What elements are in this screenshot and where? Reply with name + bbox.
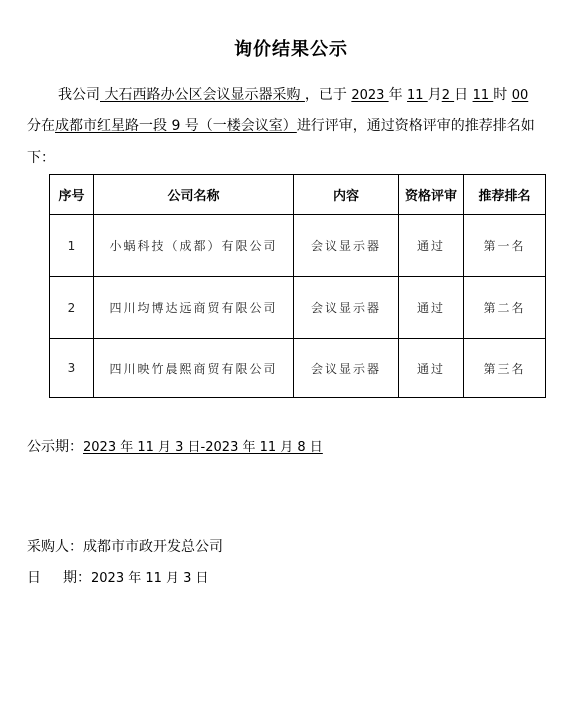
ranking-table: 序号 公司名称 内容 资格评审 推荐排名 1 小蜗科技（成都）有限公司 会议显示… (49, 174, 546, 398)
review-day: 2 (442, 88, 454, 103)
cell-content: 会议显示器 (294, 277, 399, 339)
cell-company: 四川均博达远商贸有限公司 (94, 277, 294, 339)
intro-line-1: 我公司 大石西路办公区会议显示器采购 ，已于 2023 年 11 月2 日 11… (58, 85, 528, 106)
publicity-period-label: 公示期： (27, 439, 83, 455)
cell-rank: 第三名 (464, 339, 546, 398)
header-company: 公司名称 (94, 175, 294, 215)
cell-rank: 第一名 (464, 215, 546, 277)
buyer: 采购人：成都市市政开发总公司 (27, 537, 223, 557)
date-value: 2023 年 11 月 3 日 (91, 571, 209, 586)
date-label-part2: 期： (63, 570, 91, 586)
buyer-label: 采购人： (27, 539, 83, 555)
review-location: 成都市红星路一段 9 号（一楼会议室） (55, 118, 297, 134)
header-content: 内容 (294, 175, 399, 215)
cell-rank: 第二名 (464, 277, 546, 339)
cell-content: 会议显示器 (294, 339, 399, 398)
day-unit: 日 (454, 87, 468, 103)
review-year: 2023 (351, 88, 388, 103)
project-name: 大石西路办公区会议显示器采购 (100, 87, 305, 103)
cell-index: 2 (50, 277, 94, 339)
cell-review: 通过 (399, 215, 464, 277)
cell-content: 会议显示器 (294, 215, 399, 277)
cell-company: 小蜗科技（成都）有限公司 (94, 215, 294, 277)
date: 日期：2023 年 11 月 3 日 (27, 568, 209, 589)
table-row: 1 小蜗科技（成都）有限公司 会议显示器 通过 第一名 (50, 215, 546, 277)
publicity-period: 公示期：2023 年 11 月 3 日-2023 年 11 月 8 日 (27, 437, 323, 458)
cell-review: 通过 (399, 339, 464, 398)
date-label-part1: 日 (27, 570, 41, 586)
intro-mid: ，已于 (305, 87, 347, 103)
cell-index: 1 (50, 215, 94, 277)
intro-line-2: 分在成都市红星路一段 9 号（一楼会议室）进行评审，通过资格评审的推荐排名如 (27, 116, 535, 136)
header-review: 资格评审 (399, 175, 464, 215)
document-title: 询价结果公示 (0, 35, 582, 61)
cell-review: 通过 (399, 277, 464, 339)
header-index: 序号 (50, 175, 94, 215)
cell-index: 3 (50, 339, 94, 398)
header-rank: 推荐排名 (464, 175, 546, 215)
month-unit: 月 (428, 87, 442, 103)
intro-line-3: 下： (27, 148, 55, 168)
table-row: 3 四川映竹晨熙商贸有限公司 会议显示器 通过 第三名 (50, 339, 546, 398)
intro-suffix: 进行评审，通过资格评审的推荐排名如 (297, 118, 535, 134)
minute-unit: 分在 (27, 118, 55, 134)
publicity-period-value: 2023 年 11 月 3 日-2023 年 11 月 8 日 (83, 440, 323, 455)
hour-unit: 时 (493, 87, 507, 103)
cell-company: 四川映竹晨熙商贸有限公司 (94, 339, 294, 398)
table-row: 2 四川均博达远商贸有限公司 会议显示器 通过 第二名 (50, 277, 546, 339)
review-minute: 00 (512, 88, 529, 103)
review-hour: 11 (473, 88, 494, 103)
year-unit: 年 (389, 87, 403, 103)
buyer-value: 成都市市政开发总公司 (83, 539, 223, 555)
intro-prefix: 我公司 (58, 87, 100, 103)
review-month: 11 (407, 88, 428, 103)
table-header-row: 序号 公司名称 内容 资格评审 推荐排名 (50, 175, 546, 215)
